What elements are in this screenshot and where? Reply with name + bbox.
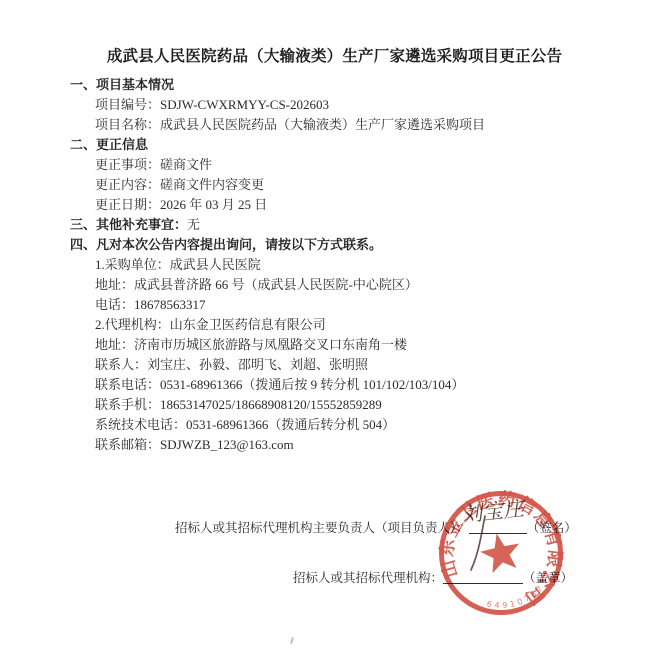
correction-date: 更正日期：2026 年 03 月 25 日 (70, 195, 630, 215)
announcement-body: 一、项目基本情况 项目编号：SDJW-CWXRMYY-CS-202603 项目名… (70, 75, 630, 455)
purchaser-name: 1.采购单位：成武县人民医院 (70, 255, 630, 275)
section-3-line: 三、其他补充事宜：无 (70, 215, 630, 235)
purchaser-phone: 电话：18678563317 (70, 295, 630, 315)
agency-address: 地址：济南市历城区旅游路与凤凰路交叉口东南角一楼 (70, 335, 630, 355)
agency-name: 2.代理机构：山东金卫医药信息有限公司 (70, 315, 630, 335)
page-title: 成武县人民医院药品（大输液类）生产厂家遴选采购项目更正公告 (0, 44, 669, 66)
contact-mobile: 联系手机：18653147025/18668908120/15552859289 (70, 395, 630, 415)
section-3-heading: 三、其他补充事宜： (70, 217, 187, 232)
responsible-person-label: 招标人或其招标代理机构主要负责人（项目负责人）： (175, 521, 469, 535)
signature-name-text: 刘宝庄 (460, 496, 528, 527)
correction-content: 更正内容：磋商文件内容变更 (70, 175, 630, 195)
project-name: 项目名称：成武县人民医院药品（大输液类）生产厂家遴选采购项目 (70, 115, 630, 135)
system-support-phone: 系统技术电话：0531-68961366（拨通后转分机 504） (70, 415, 630, 435)
announcement-page: 成武县人民医院药品（大输液类）生产厂家遴选采购项目更正公告 一、项目基本情况 项… (0, 0, 669, 660)
contact-persons: 联系人：刘宝庄、孙毅、邵明飞、刘超、张明照 (70, 355, 630, 375)
correction-item: 更正事项：磋商文件 (70, 155, 630, 175)
project-number: 项目编号：SDJW-CWXRMYY-CS-202603 (70, 95, 630, 115)
agency-label: 招标人或其招标代理机构： (293, 571, 443, 585)
section-2-heading: 二、更正信息 (70, 135, 630, 155)
contact-phone: 联系电话：0531-68961366（拨通后按 9 转分机 101/102/10… (70, 375, 630, 395)
purchaser-address: 地址：成武县普济路 66 号（成武县人民医院-中心院区） (70, 275, 630, 295)
scan-artifact-mark (290, 637, 294, 644)
section-4-heading: 四、凡对本次公告内容提出询问，请按以下方式联系。 (70, 235, 630, 255)
contact-email: 联系邮箱：SDJWZB_123@163.com (70, 435, 630, 455)
handwritten-signature: 刘宝庄 (452, 494, 552, 584)
section-3-value: 无 (187, 217, 200, 232)
section-1-heading: 一、项目基本情况 (70, 75, 630, 95)
